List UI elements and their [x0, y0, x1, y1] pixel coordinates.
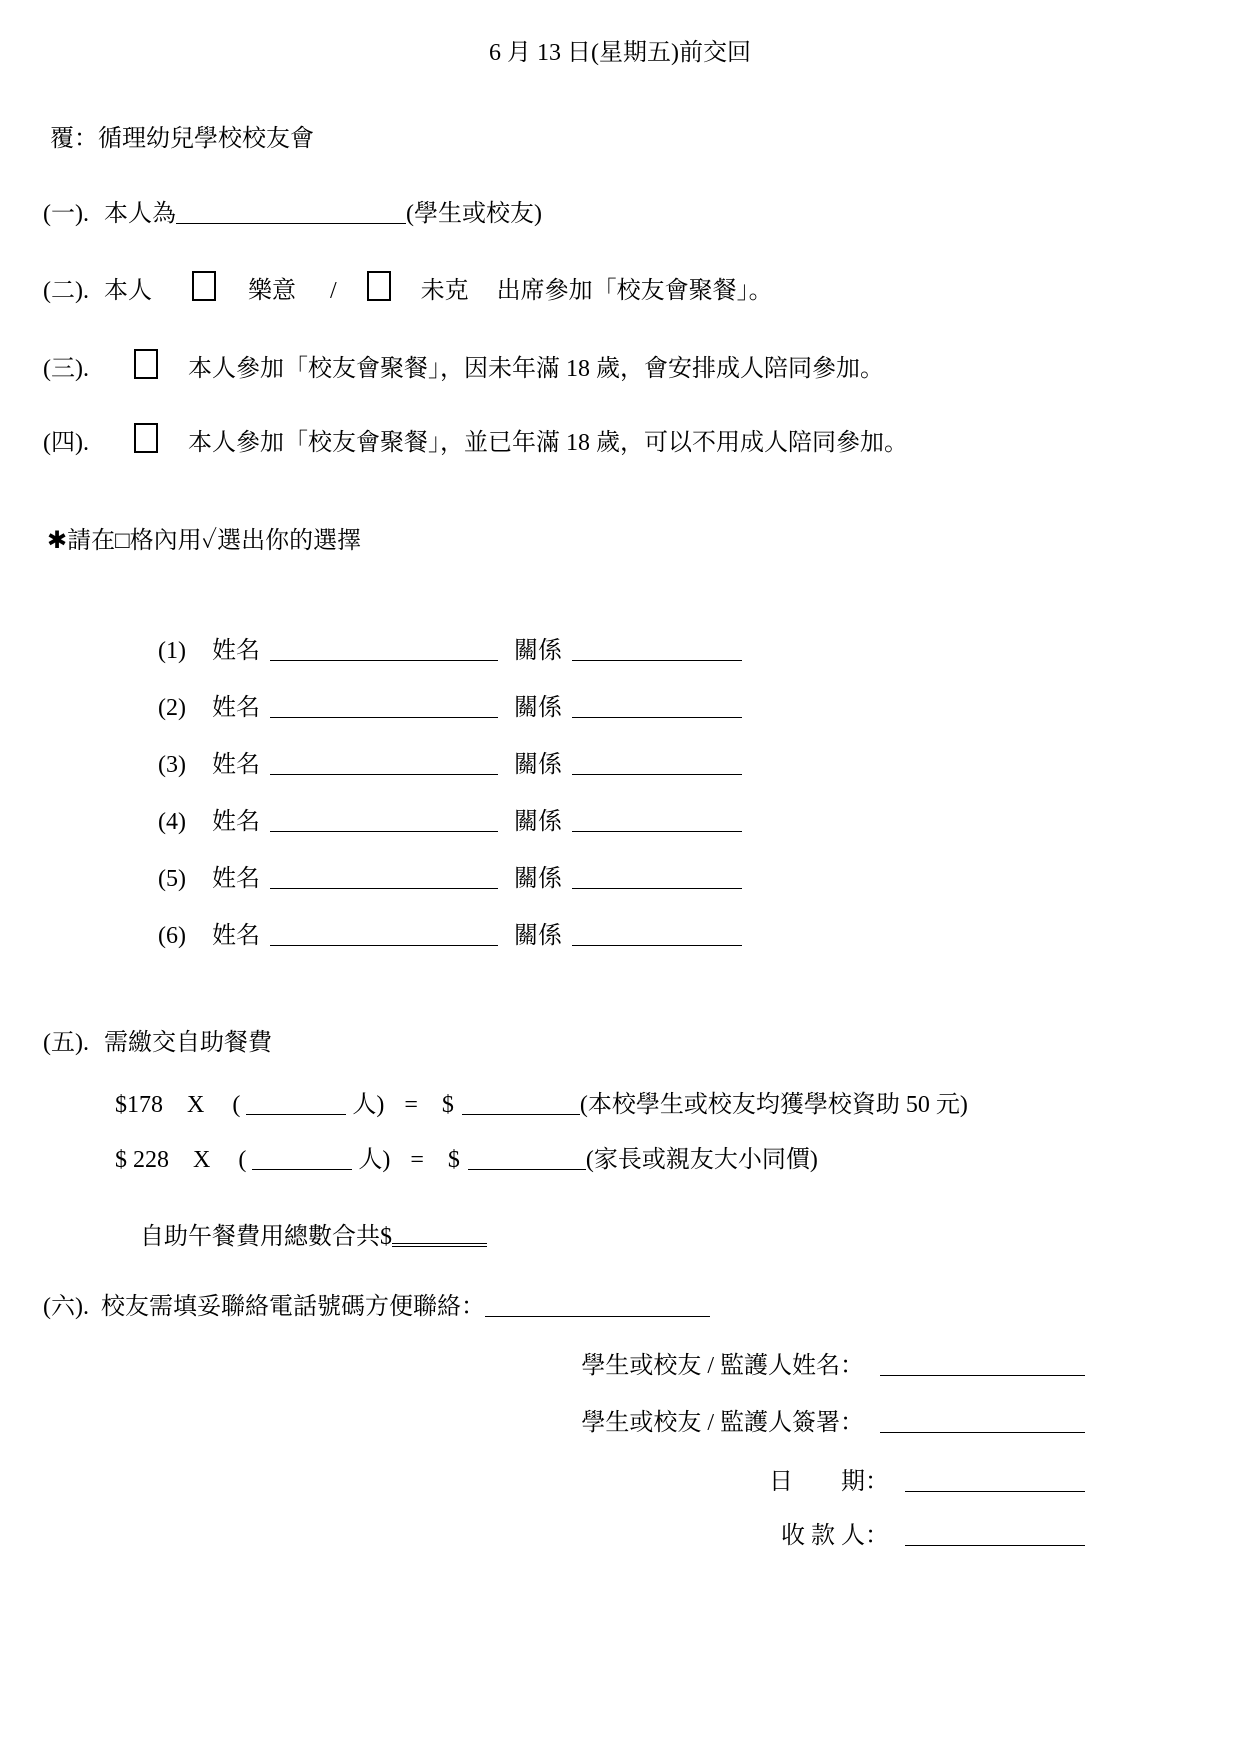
item-3-number: (三).	[43, 354, 89, 385]
attendee-relation-blank[interactable]	[572, 870, 742, 889]
signature-date-label: 日 期：	[769, 1467, 889, 1498]
attendee-name-blank[interactable]	[270, 756, 498, 775]
attendee-relation-label: 關係	[514, 636, 562, 667]
item-2-suffix: 出席參加「校友會聚餐」。	[497, 276, 773, 307]
item-1-number: (一).	[43, 199, 89, 230]
attendee-relation-label: 關係	[514, 807, 562, 838]
fee-total-blank[interactable]	[392, 1225, 487, 1247]
item-2-label: 本人	[104, 276, 152, 307]
attendee-row-number: (1)	[158, 636, 190, 667]
fee-unit-label: 人)	[358, 1145, 390, 1176]
fee-open-paren: (	[238, 1145, 246, 1176]
signature-name-label: 學生或校友 / 監護人姓名：	[581, 1351, 864, 1382]
attendee-relation-blank[interactable]	[572, 813, 742, 832]
item-1-suffix: (學生或校友)	[406, 199, 542, 230]
item-5-number: (五).	[43, 1028, 89, 1059]
signature-sign-label: 學生或校友 / 監護人簽署：	[581, 1408, 864, 1439]
item-6-row: (六). 校友需填妥聯絡電話號碼方便聯絡：	[43, 1292, 710, 1323]
instruction-note: ✱請在□格內用✓選出你的選擇	[47, 526, 361, 557]
attendee-relation-label: 關係	[514, 864, 562, 895]
attendee-name-label: 姓名	[212, 864, 260, 895]
item-4-text: 本人參加「校友會聚餐」，並已年滿 18 歲，可以不用成人陪同參加。	[188, 428, 908, 459]
attendee-row-number: (3)	[158, 750, 190, 781]
fee-count-blank-guest[interactable]	[252, 1151, 352, 1170]
attendee-relation-label: 關係	[514, 750, 562, 781]
attendee-row-number: (6)	[158, 921, 190, 952]
signature-sign-blank[interactable]	[880, 1414, 1085, 1433]
item-3-text: 本人參加「校友會聚餐」，因未年滿 18 歲，會安排成人陪同參加。	[188, 354, 884, 385]
item-5-heading-row: (五). 需繳交自助餐費	[43, 1028, 272, 1059]
signature-receiver-blank[interactable]	[905, 1527, 1085, 1546]
attendee-row: (2) 姓名 關係	[158, 693, 742, 750]
attendee-relation-blank[interactable]	[572, 756, 742, 775]
attendee-row: (6) 姓名 關係	[158, 921, 742, 978]
attendee-relation-label: 關係	[514, 921, 562, 952]
fee-price-student: $178	[115, 1090, 163, 1121]
item-1-label: 本人為	[104, 199, 176, 230]
checkbox-under-18[interactable]	[134, 349, 158, 379]
fee-total-label: 自助午餐費用總數合共$	[140, 1222, 392, 1253]
fee-line-student: $178 X ( 人) = $ (本校學生或校友均獲學校資助 50 元)	[115, 1090, 968, 1121]
attendee-name-label: 姓名	[212, 921, 260, 952]
attendee-name-blank[interactable]	[270, 813, 498, 832]
item-1-row: (一). 本人為 (學生或校友)	[43, 199, 542, 230]
fee-line-guest: $ 228 X ( 人) = $ (家長或親友大小同價)	[115, 1145, 818, 1176]
fee-equals-sign: =	[410, 1145, 424, 1176]
item-5-heading: 需繳交自助餐費	[104, 1028, 272, 1059]
fee-note-student: (本校學生或校友均獲學校資助 50 元)	[580, 1090, 968, 1121]
attendee-relation-label: 關係	[514, 693, 562, 724]
fee-dollar-sign: $	[442, 1090, 454, 1121]
item-4-row: (四). 本人參加「校友會聚餐」，並已年滿 18 歲，可以不用成人陪同參加。	[43, 420, 908, 459]
attendee-name-blank[interactable]	[270, 699, 498, 718]
item-6-text: 校友需填妥聯絡電話號碼方便聯絡：	[101, 1292, 485, 1323]
reply-slip-page: 6 月 13 日(星期五)前交回 覆：循理幼兒學校校友會 (一). 本人為 (學…	[0, 0, 1240, 1755]
attendee-name-label: 姓名	[212, 750, 260, 781]
attendee-relation-blank[interactable]	[572, 642, 742, 661]
instruction-note-text: ✱請在□格內用✓選出你的選擇	[47, 526, 361, 557]
fee-times-sign: X	[187, 1090, 204, 1121]
attendee-row-number: (4)	[158, 807, 190, 838]
contact-phone-blank[interactable]	[485, 1298, 710, 1317]
signature-date-blank[interactable]	[905, 1473, 1085, 1492]
attendee-row: (4) 姓名 關係	[158, 807, 742, 864]
attendee-relation-blank[interactable]	[572, 699, 742, 718]
signature-name-blank[interactable]	[880, 1357, 1085, 1376]
checkbox-willing[interactable]	[192, 271, 216, 301]
attendee-name-blank[interactable]	[270, 927, 498, 946]
applicant-name-blank[interactable]	[176, 205, 406, 224]
item-2-number: (二).	[43, 276, 89, 307]
fee-equals-sign: =	[404, 1090, 418, 1121]
attendee-name-blank[interactable]	[270, 870, 498, 889]
fee-amount-blank-student[interactable]	[462, 1096, 580, 1115]
signature-sign-row: 學生或校友 / 監護人簽署：	[581, 1408, 1085, 1439]
attendee-list: (1) 姓名 關係 (2) 姓名 關係 (3) 姓名 關係 (4) 姓名 關係	[158, 636, 742, 978]
checkbox-unable[interactable]	[367, 271, 391, 301]
fee-open-paren: (	[232, 1090, 240, 1121]
recipient-text: 覆：循理幼兒學校校友會	[50, 124, 314, 155]
attendee-relation-blank[interactable]	[572, 927, 742, 946]
deadline-title-text: 6 月 13 日(星期五)前交回	[489, 38, 751, 69]
item-3-row: (三). 本人參加「校友會聚餐」，因未年滿 18 歲，會安排成人陪同參加。	[43, 346, 884, 385]
item-4-number: (四).	[43, 428, 89, 459]
fee-total-row: 自助午餐費用總數合共$	[140, 1222, 487, 1253]
fee-dollar-sign: $	[448, 1145, 460, 1176]
attendee-name-blank[interactable]	[270, 642, 498, 661]
option-willing-label: 樂意	[248, 276, 296, 307]
signature-receiver-row: 收 款 人：	[781, 1521, 1085, 1552]
signature-receiver-label: 收 款 人：	[781, 1521, 889, 1552]
signature-name-row: 學生或校友 / 監護人姓名：	[581, 1351, 1085, 1382]
checkbox-over-18[interactable]	[134, 423, 158, 453]
attendee-row-number: (5)	[158, 864, 190, 895]
fee-count-blank-student[interactable]	[246, 1096, 346, 1115]
fee-price-guest: $ 228	[115, 1145, 169, 1176]
fee-amount-blank-guest[interactable]	[468, 1151, 586, 1170]
attendee-name-label: 姓名	[212, 636, 260, 667]
attendee-name-label: 姓名	[212, 807, 260, 838]
attendee-row: (1) 姓名 關係	[158, 636, 742, 693]
attendee-row: (3) 姓名 關係	[158, 750, 742, 807]
attendee-row-number: (2)	[158, 693, 190, 724]
attendee-row: (5) 姓名 關係	[158, 864, 742, 921]
fee-note-guest: (家長或親友大小同價)	[586, 1145, 818, 1176]
deadline-title: 6 月 13 日(星期五)前交回	[0, 38, 1240, 69]
option-separator: /	[330, 276, 337, 307]
option-unable-label: 未克	[421, 276, 469, 307]
recipient-line: 覆：循理幼兒學校校友會	[50, 124, 314, 155]
item-6-number: (六).	[43, 1292, 89, 1323]
fee-times-sign: X	[193, 1145, 210, 1176]
item-2-row: (二). 本人 樂意 / 未克 出席參加「校友會聚餐」。	[43, 268, 773, 307]
fee-unit-label: 人)	[352, 1090, 384, 1121]
signature-date-row: 日 期：	[769, 1467, 1085, 1498]
attendee-name-label: 姓名	[212, 693, 260, 724]
